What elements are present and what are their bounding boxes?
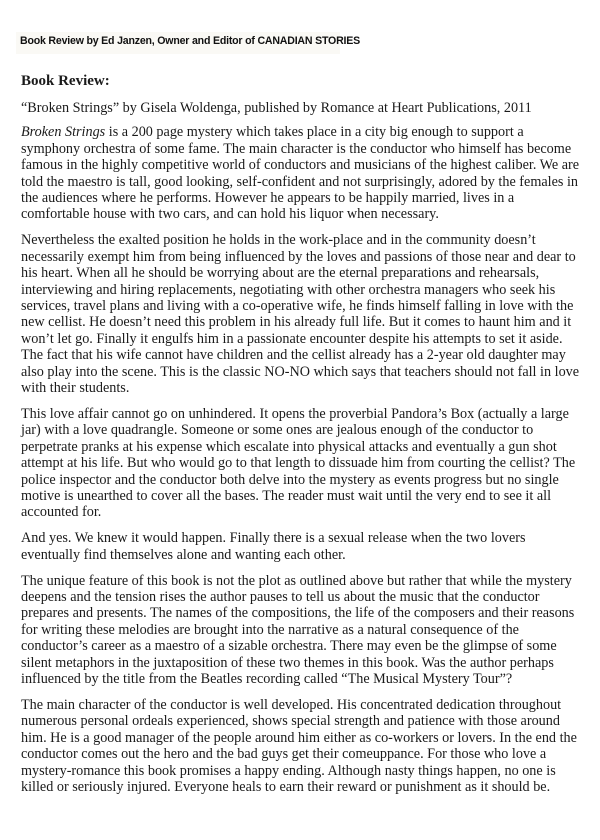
review-paragraph-3: This love affair cannot go on unhindered…: [21, 406, 586, 521]
book-title-italic: Broken Strings: [21, 124, 105, 140]
review-paragraph-6: The main character of the conductor is w…: [21, 697, 586, 795]
book-citation: “Broken Strings” by Gisela Woldenga, pub…: [21, 100, 586, 116]
review-paragraph-1: Broken Strings is a 200 page mystery whi…: [21, 124, 586, 222]
review-document: Book Review: “Broken Strings” by Gisela …: [21, 72, 586, 805]
review-paragraph-4: And yes. We knew it would happen. Finall…: [21, 530, 586, 563]
section-title: Book Review:: [21, 72, 586, 90]
paragraph-text: is a 200 page mystery which takes place …: [21, 124, 579, 222]
review-byline: Book Review by Ed Janzen, Owner and Edit…: [20, 35, 360, 47]
review-paragraph-2: Nevertheless the exalted position he hol…: [21, 232, 586, 396]
review-paragraph-5: The unique feature of this book is not t…: [21, 573, 586, 688]
